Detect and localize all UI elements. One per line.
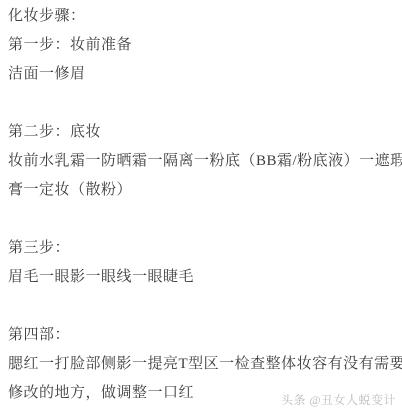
article-body: 化妆步骤： 第一步：妆前准备 洁面一修眉 第二步：底妆 妆前水乳霜一防晒霜一隔离… [8, 2, 402, 408]
page-title: 化妆步骤： [8, 2, 402, 31]
step2-content-line2: 膏一定妆（散粉） [8, 176, 402, 205]
step2-heading: 第二步：底妆 [8, 118, 402, 147]
step3-content: 眉毛一眼影一眼线一眼睫毛 [8, 263, 402, 292]
watermark: 头条 @丑女人蜕变计 [281, 391, 396, 408]
step4-heading: 第四部： [8, 321, 402, 350]
step3-heading: 第三步： [8, 234, 402, 263]
step2-content-line1: 妆前水乳霜一防晒霜一隔离一粉底（BB霜/粉底液）一遮瑕 [8, 147, 402, 176]
blank-line [8, 205, 402, 234]
step4-content-line1: 腮红一打脸部侧影一提亮T型区一检查整体妆容有没有需要 [8, 350, 402, 379]
blank-line [8, 292, 402, 321]
step1-heading: 第一步：妆前准备 [8, 31, 402, 60]
step1-content: 洁面一修眉 [8, 60, 402, 89]
blank-line [8, 89, 402, 118]
